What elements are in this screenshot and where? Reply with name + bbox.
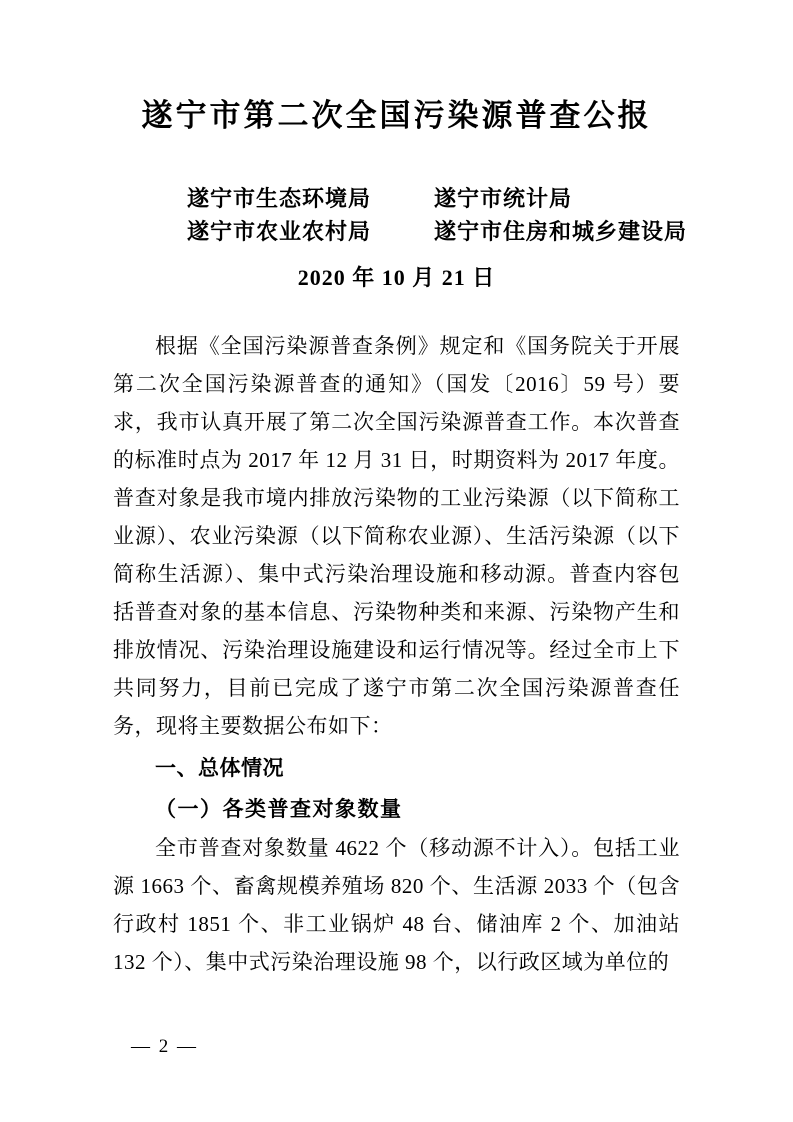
- paragraph-census-object-numbers: 全市普查对象数量 4622 个（移动源不计入）。包括工业源 1663 个、畜禽规…: [113, 829, 680, 981]
- agency-name-statistics-bureau: 遂宁市统计局: [434, 182, 687, 215]
- section-heading-overall-situation: 一、总体情况: [113, 749, 680, 789]
- agency-name-ecology-environment-bureau: 遂宁市生态环境局: [187, 182, 434, 215]
- agency-name-agriculture-rural-bureau: 遂宁市农业农村局: [187, 215, 434, 248]
- document-page: 遂宁市第二次全国污染源普查公报 遂宁市生态环境局 遂宁市统计局 遂宁市农业农村局…: [0, 0, 793, 1122]
- document-title: 遂宁市第二次全国污染源普查公报: [0, 90, 793, 135]
- publish-date: 2020 年 10 月 21 日: [0, 261, 793, 292]
- document-body: 根据《全国污染源普查条例》规定和《国务院关于开展第二次全国污染源普查的通知》（国…: [113, 327, 680, 981]
- subsection-heading-census-object-counts: （一）各类普查对象数量: [113, 789, 680, 829]
- page-number: — 2 —: [131, 1036, 198, 1058]
- agency-name-housing-urban-rural-bureau: 遂宁市住房和城乡建设局: [434, 215, 687, 248]
- paragraph-census-introduction: 根据《全国污染源普查条例》规定和《国务院关于开展第二次全国污染源普查的通知》（国…: [113, 327, 680, 745]
- issuing-agencies: 遂宁市生态环境局 遂宁市统计局 遂宁市农业农村局 遂宁市住房和城乡建设局: [187, 182, 687, 248]
